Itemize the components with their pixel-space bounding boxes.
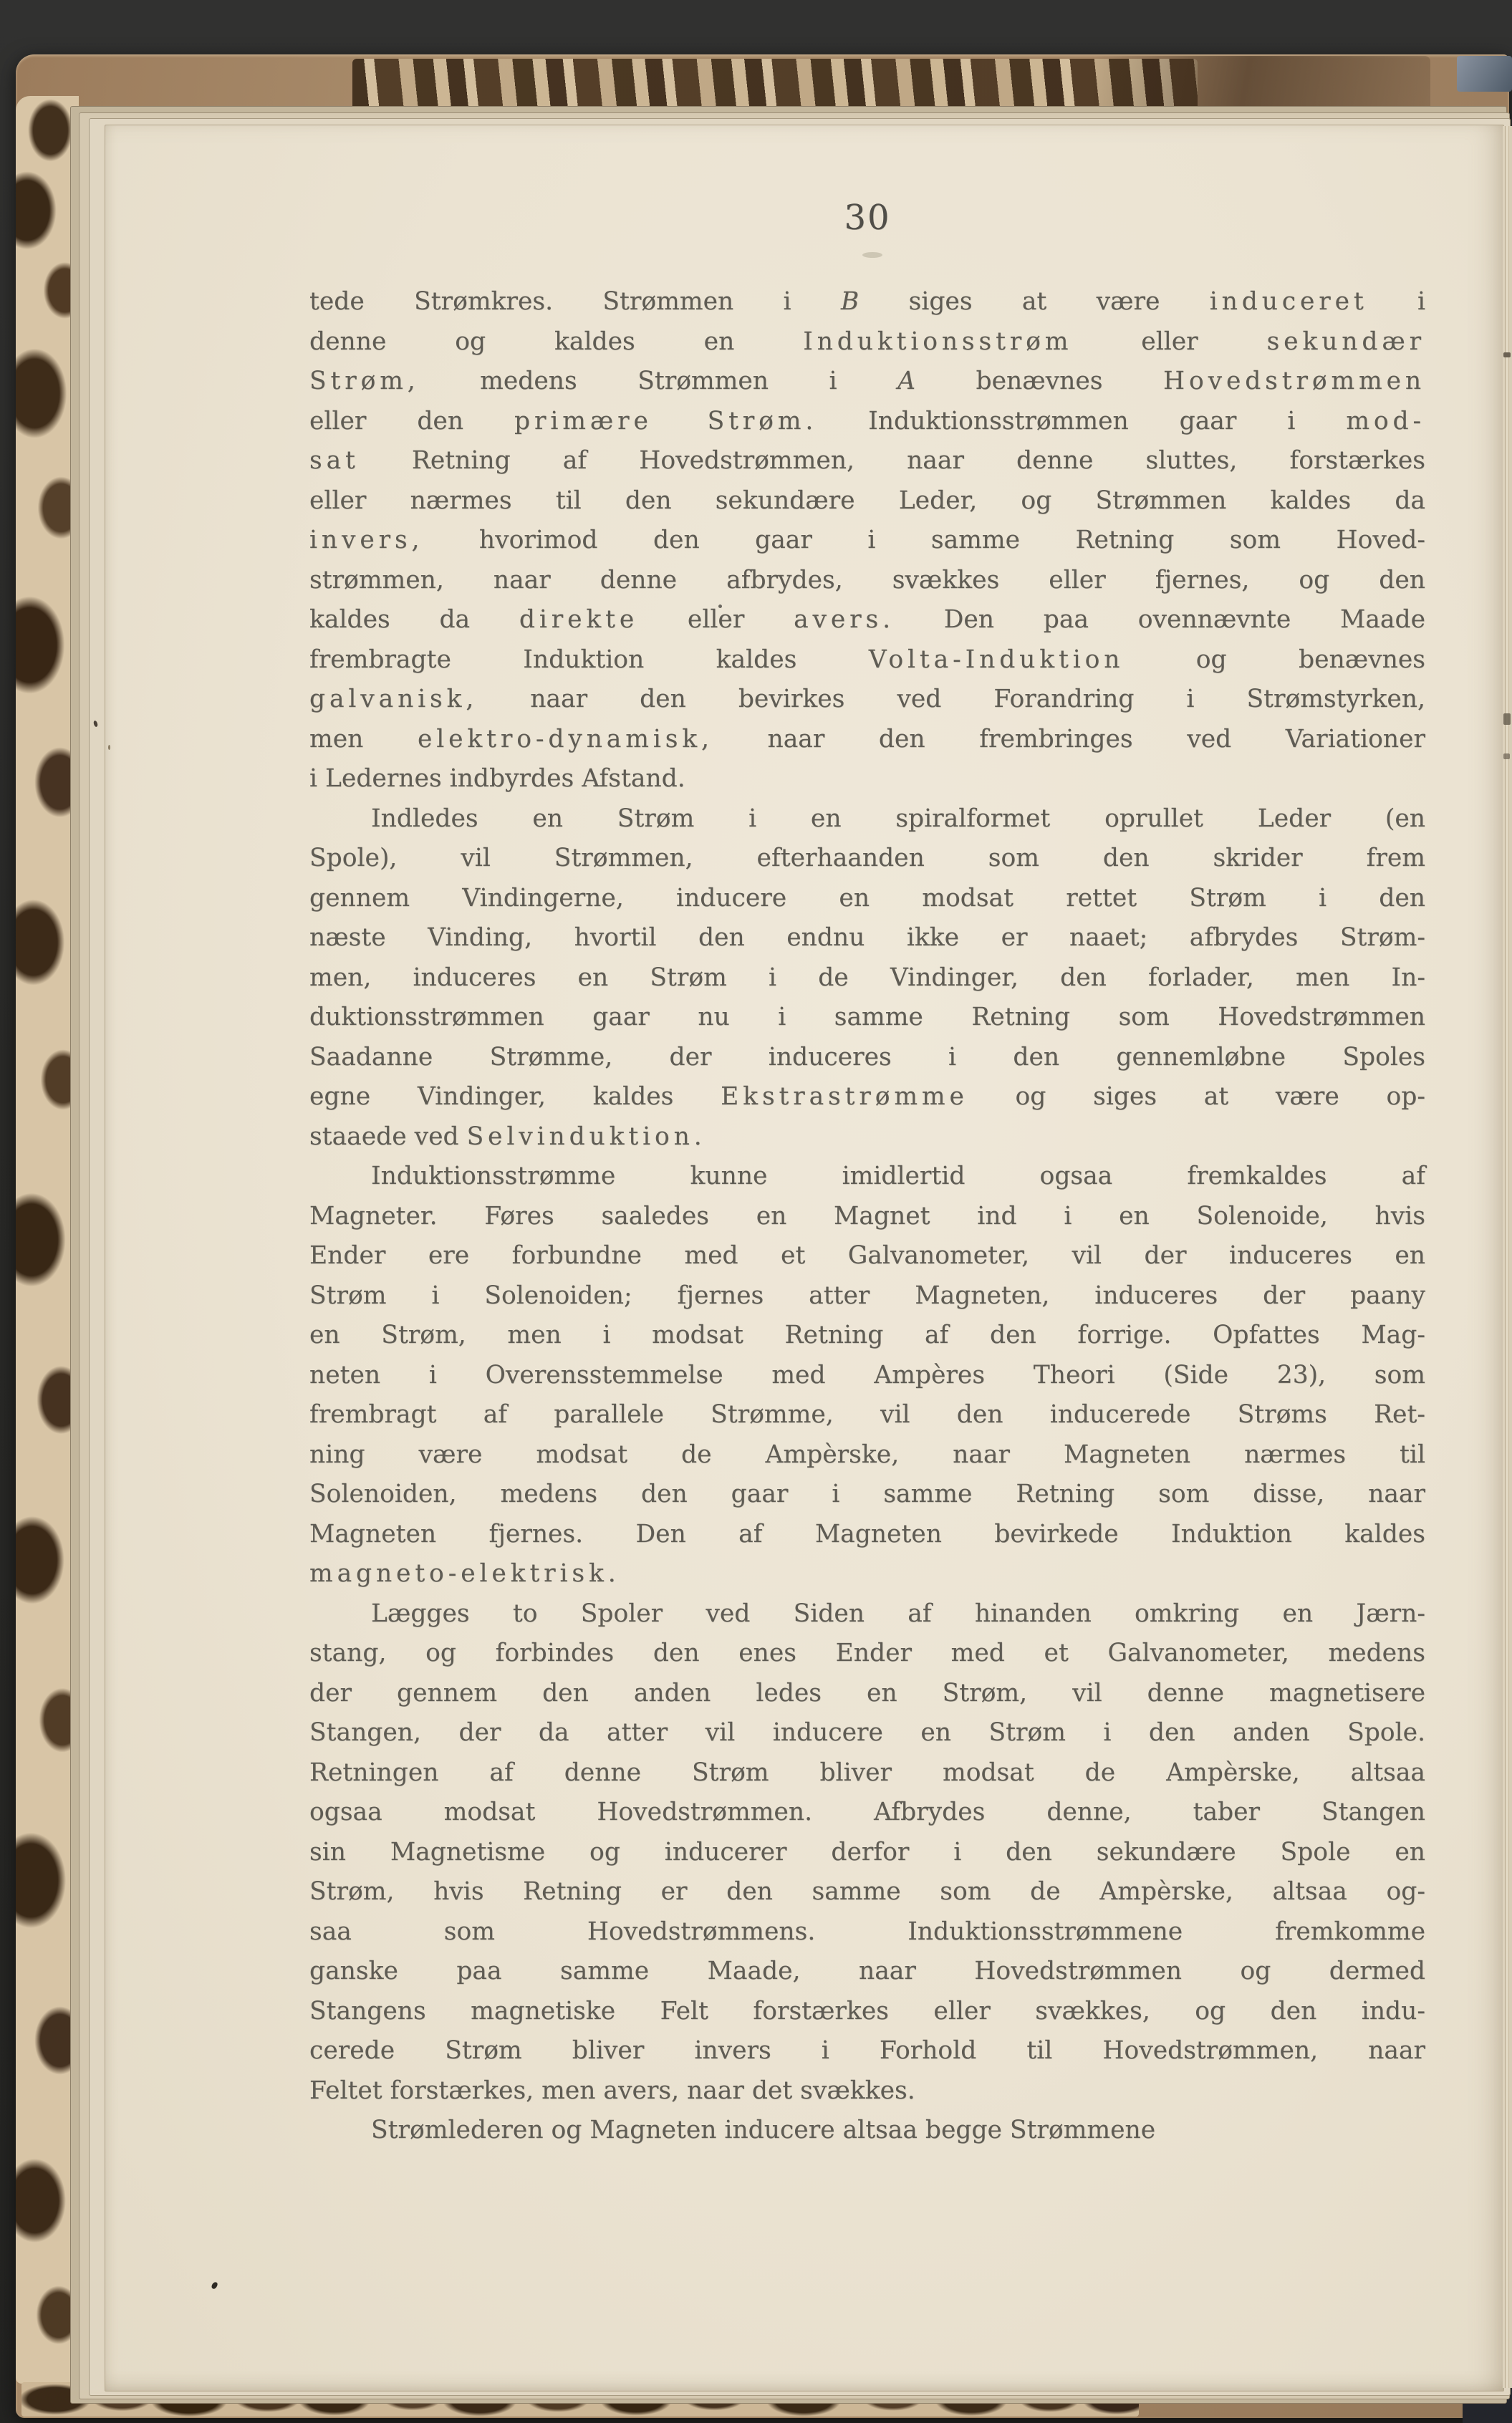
text-line: strømmen, naar denne afbrydes, svækkes e… xyxy=(309,561,1425,601)
text-line: magneto-elektrisk. xyxy=(309,1554,1425,1594)
text-block: tede Strømkres. Strømmen i B siges at væ… xyxy=(309,282,1425,2151)
text-line: Ender ere forbundne med et Galvanometer,… xyxy=(309,1236,1425,1276)
paragraph: Induktionsstrømme kunne imidlertid ogsaa… xyxy=(309,1157,1425,1594)
text-line: men, induceres en Strøm i de Vindinger, … xyxy=(309,958,1425,998)
text-line: invers, hvorimod den gaar i samme Retnin… xyxy=(309,521,1425,561)
text-line: Retningen af denne Strøm bliver modsat d… xyxy=(309,1753,1425,1793)
fore-edge-mark xyxy=(1503,753,1510,759)
text-line: ning være modsat de Ampèrske, naar Magne… xyxy=(309,1435,1425,1475)
paragraph: Strømlederen og Magneten inducere altsaa… xyxy=(309,2111,1425,2151)
text-line: men elektro-dynamisk, naar den frembring… xyxy=(309,720,1425,760)
text-line: Stangens magnetiske Felt forstærkes elle… xyxy=(309,1992,1425,2032)
paragraph: Indledes en Strøm i en spiralformet opru… xyxy=(309,799,1425,1157)
paragraph: Lægges to Spoler ved Siden af hinanden o… xyxy=(309,1594,1425,2111)
text-line: Stangen, der da atter vil inducere en St… xyxy=(309,1713,1425,1753)
text-line: saa som Hovedstrømmens. Induktionsstrømm… xyxy=(309,1912,1425,1952)
text-line: neten i Overensstemmelse med Ampères The… xyxy=(309,1356,1425,1396)
text-line: duktionsstrømmen gaar nu i samme Retning… xyxy=(309,998,1425,1038)
text-line: kaldes da direkte eller avers. Den paa o… xyxy=(309,600,1425,640)
text-line: eller nærmes til den sekundære Leder, og… xyxy=(309,481,1425,521)
text-line: Strøm i Solenoiden; fjernes atter Magnet… xyxy=(309,1276,1425,1316)
text-line: egne Vindinger, kaldes Ekstrastrømme og … xyxy=(309,1077,1425,1117)
text-line: eller den primære Strøm. Induktionsstrøm… xyxy=(309,402,1425,442)
text-line: gennem Vindingerne, inducere en modsat r… xyxy=(309,879,1425,919)
text-line: tede Strømkres. Strømmen i B siges at væ… xyxy=(309,282,1425,322)
page-number: 30 xyxy=(309,198,1425,238)
text-line: frembragte Induktion kaldes Volta-Indukt… xyxy=(309,640,1425,680)
photo-of-book-page: { "page_number": "30", "colors": { "back… xyxy=(0,0,1512,2423)
text-line: Spole), vil Strømmen, efterhaanden som d… xyxy=(309,839,1425,879)
text-line: staaede ved Selvinduktion. xyxy=(309,1117,1425,1157)
text-line: Strøm, medens Strømmen i A benævnes Hove… xyxy=(309,362,1425,402)
print-smudge xyxy=(862,252,882,258)
text-line: sin Magnetisme og inducerer derfor i den… xyxy=(309,1833,1425,1873)
dust-speck xyxy=(108,745,110,750)
text-line: Solenoiden, medens den gaar i samme Retn… xyxy=(309,1475,1425,1515)
text-line: Indledes en Strøm i en spiralformet opru… xyxy=(309,799,1425,839)
text-line: ganske paa samme Maade, naar Hovedstrømm… xyxy=(309,1952,1425,1992)
fore-edge-mark xyxy=(1503,713,1511,725)
text-line: Saadanne Strømme, der induceres i den ge… xyxy=(309,1038,1425,1078)
text-line: galvanisk, naar den bevirkes ved Forandr… xyxy=(309,680,1425,720)
text-line: Lægges to Spoler ved Siden af hinanden o… xyxy=(309,1594,1425,1634)
text-line: Induktionsstrømme kunne imidlertid ogsaa… xyxy=(309,1157,1425,1197)
text-line: cerede Strøm bliver invers i Forhold til… xyxy=(309,2031,1425,2071)
text-line: Magneten fjernes. Den af Magneten bevirk… xyxy=(309,1515,1425,1555)
cover-corner-paper-patch xyxy=(1457,56,1512,92)
cover-top-marbling xyxy=(352,59,1198,113)
text-line: Magneter. Føres saaledes en Magnet ind i… xyxy=(309,1197,1425,1237)
text-line: en Strøm, men i modsat Retning af den fo… xyxy=(309,1316,1425,1356)
text-line: sat Retning af Hovedstrømmen, naar denne… xyxy=(309,441,1425,481)
text-line: Strøm, hvis Retning er den samme som de … xyxy=(309,1872,1425,1912)
text-line: ogsaa modsat Hovedstrømmen. Afbrydes den… xyxy=(309,1793,1425,1833)
dust-speck xyxy=(718,604,722,608)
text-line: Strømlederen og Magneten inducere altsaa… xyxy=(309,2111,1425,2151)
cover-left-marbling xyxy=(16,96,79,2384)
text-line: i Ledernes indbyrdes Afstand. xyxy=(309,759,1425,799)
text-line: Feltet forstærkes, men avers, naar det s… xyxy=(309,2071,1425,2111)
text-line: næste Vinding, hvortil den endnu ikke er… xyxy=(309,918,1425,958)
text-line: frembragt af parallele Strømme, vil den … xyxy=(309,1395,1425,1435)
text-line: denne og kaldes en Induktionsstrøm eller… xyxy=(309,322,1425,362)
paragraph: tede Strømkres. Strømmen i B siges at væ… xyxy=(309,282,1425,799)
text-line: der gennem den anden ledes en Strøm, vil… xyxy=(309,1674,1425,1714)
fore-edge-mark xyxy=(1503,352,1511,357)
fore-edge-page-edges xyxy=(1503,126,1512,2388)
text-line: stang, og forbindes den enes Ender med e… xyxy=(309,1634,1425,1674)
